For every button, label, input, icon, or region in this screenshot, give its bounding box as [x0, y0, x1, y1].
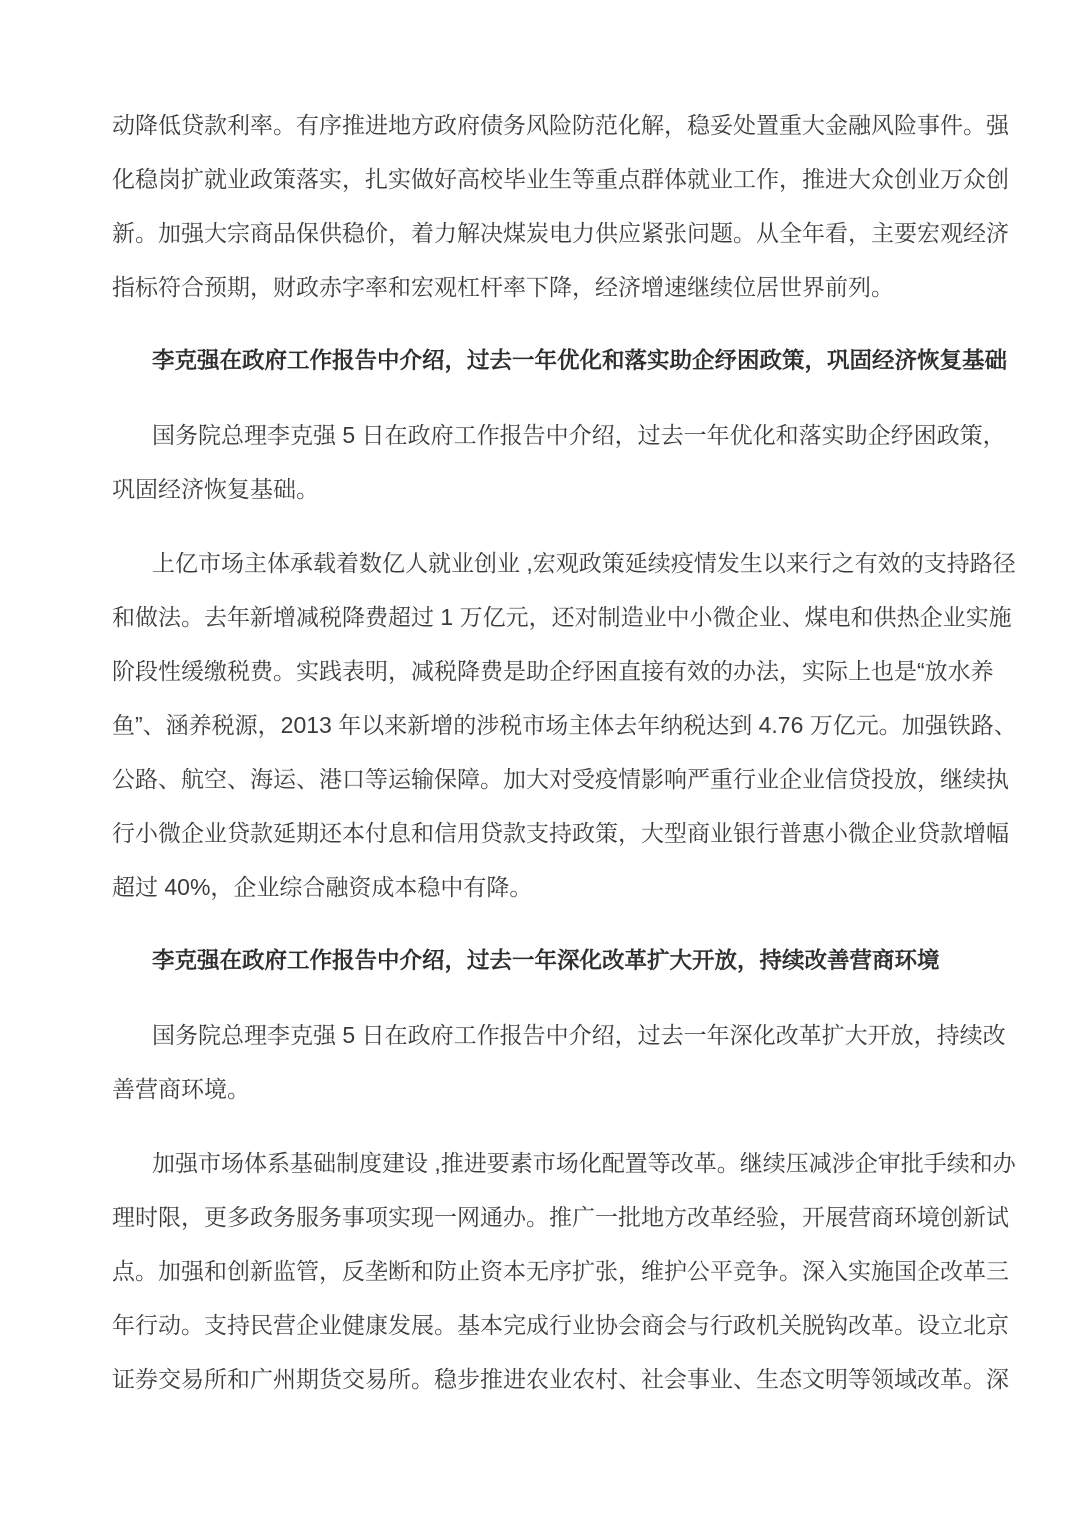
text-line: 和做法。去年新增减税降费超过 1 万亿元，还对制造业中小微企业、煤电和供热企业实… [112, 590, 994, 644]
text-line: 国务院总理李克强 5 日在政府工作报告中介绍，过去一年优化和落实助企纾困政策， [112, 408, 994, 462]
text-line: 超过 40%，企业综合融资成本稳中有降。 [112, 860, 994, 914]
text-line: 新。加强大宗商品保供稳价，着力解决煤炭电力供应紧张问题。从全年看，主要宏观经济 [112, 206, 994, 260]
text-line: 理时限，更多政务服务事项实现一网通办。推广一批地方改革经验，开展营商环境创新试 [112, 1190, 994, 1244]
text-line: 动降低贷款利率。有序推进地方政府债务风险防范化解，稳妥处置重大金融风险事件。强 [112, 98, 994, 152]
text-line: 指标符合预期，财政赤字率和宏观杠杆率下降，经济增速继续位居世界前列。 [112, 260, 994, 314]
text-line: 证券交易所和广州期货交易所。稳步推进农业农村、社会事业、生态文明等领域改革。深 [112, 1352, 994, 1406]
text-line: 善营商环境。 [112, 1062, 994, 1116]
heading-text: 李克强在政府工作报告中介绍，过去一年优化和落实助企纾困政策，巩固经济恢复基础 [112, 334, 994, 388]
section-heading: 李克强在政府工作报告中介绍，过去一年深化改革扩大开放，持续改善营商环境 [112, 934, 994, 988]
text-line: 化稳岗扩就业政策落实，扎实做好高校毕业生等重点群体就业工作，推进大众创业万众创 [112, 152, 994, 206]
paragraph: 国务院总理李克强 5 日在政府工作报告中介绍，过去一年深化改革扩大开放，持续改 … [112, 1008, 994, 1116]
section-heading: 李克强在政府工作报告中介绍，过去一年优化和落实助企纾困政策，巩固经济恢复基础 [112, 334, 994, 388]
text-line: 年行动。支持民营企业健康发展。基本完成行业协会商会与行政机关脱钩改革。设立北京 [112, 1298, 994, 1352]
text-line: 公路、航空、海运、港口等运输保障。加大对受疫情影响严重行业企业信贷投放，继续执 [112, 752, 994, 806]
text-line: 巩固经济恢复基础。 [112, 462, 994, 516]
paragraph: 加强市场体系基础制度建设 ,推进要素市场化配置等改革。继续压减涉企审批手续和办 … [112, 1136, 994, 1406]
document-page: 动降低贷款利率。有序推进地方政府债务风险防范化解，稳妥处置重大金融风险事件。强 … [0, 0, 1074, 1520]
paragraph: 动降低贷款利率。有序推进地方政府债务风险防范化解，稳妥处置重大金融风险事件。强 … [112, 98, 994, 314]
text-line: 上亿市场主体承载着数亿人就业创业 ,宏观政策延续疫情发生以来行之有效的支持路径 [112, 536, 994, 590]
paragraph: 国务院总理李克强 5 日在政府工作报告中介绍，过去一年优化和落实助企纾困政策， … [112, 408, 994, 516]
heading-text: 李克强在政府工作报告中介绍，过去一年深化改革扩大开放，持续改善营商环境 [112, 934, 994, 988]
text-line: 点。加强和创新监管，反垄断和防止资本无序扩张，维护公平竞争。深入实施国企改革三 [112, 1244, 994, 1298]
text-line: 行小微企业贷款延期还本付息和信用贷款支持政策，大型商业银行普惠小微企业贷款增幅 [112, 806, 994, 860]
text-line: 国务院总理李克强 5 日在政府工作报告中介绍，过去一年深化改革扩大开放，持续改 [112, 1008, 994, 1062]
text-line: 鱼”、涵养税源，2013 年以来新增的涉税市场主体去年纳税达到 4.76 万亿元… [112, 698, 994, 752]
text-line: 加强市场体系基础制度建设 ,推进要素市场化配置等改革。继续压减涉企审批手续和办 [112, 1136, 994, 1190]
paragraph: 上亿市场主体承载着数亿人就业创业 ,宏观政策延续疫情发生以来行之有效的支持路径 … [112, 536, 994, 914]
text-line: 阶段性缓缴税费。实践表明，减税降费是助企纾困直接有效的办法，实际上也是“放水养 [112, 644, 994, 698]
